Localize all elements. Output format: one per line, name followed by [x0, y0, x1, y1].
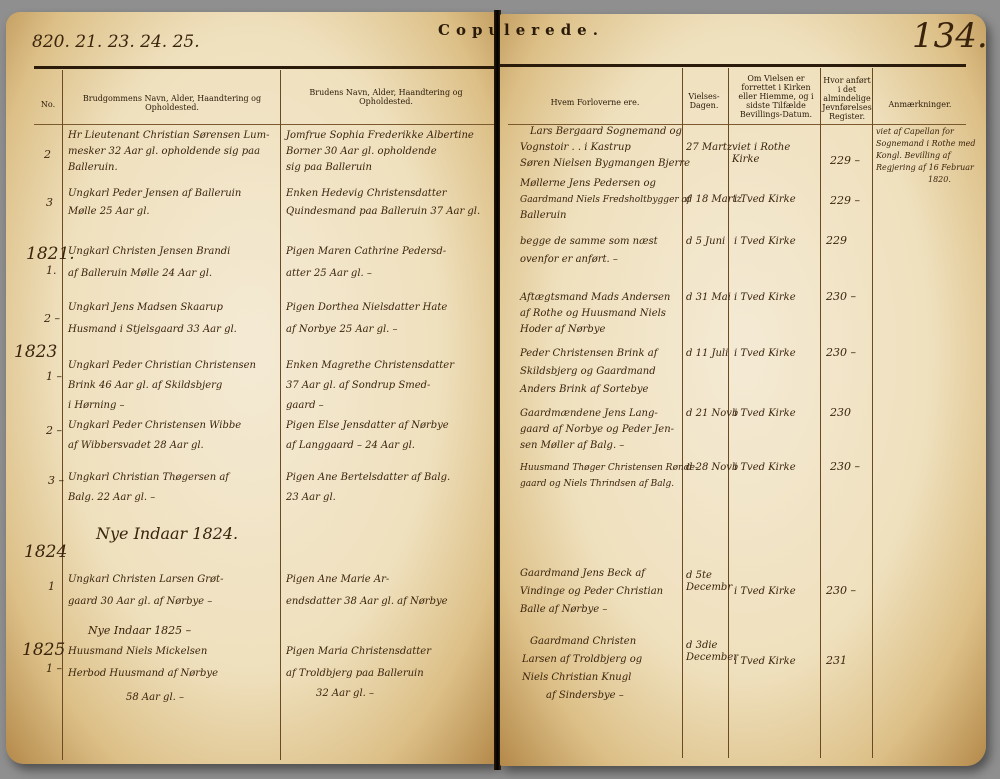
- witness-line: Skildsbjerg og Gaardmand: [520, 366, 656, 378]
- register: 230 –: [826, 290, 856, 303]
- church: i Tved Kirke: [734, 236, 796, 248]
- witness-line: Gaardmand Niels Fredsholtbygger af: [520, 194, 690, 206]
- witness-line: Balle af Nørbye –: [520, 604, 607, 616]
- bride-line: Pigen Maria Christensdatter: [286, 646, 431, 658]
- wedding-day: d 28 Novb: [686, 462, 738, 474]
- groom-line: af Wibbersvadet 28 Aar gl.: [68, 440, 204, 452]
- church: i Tved Kirke: [734, 586, 796, 598]
- church: i Tved Kirke: [734, 462, 796, 474]
- groom-line: Ungkarl Peder Jensen af Balleruin: [68, 188, 241, 200]
- col-witnesses: Hvem Forloverne ere.: [510, 98, 680, 107]
- bride-line: Pigen Dorthea Nielsdatter Hate: [286, 302, 447, 314]
- section-heading: Nye Indaar 1824.: [96, 524, 238, 543]
- church: i Tved Kirke: [734, 292, 796, 304]
- col-church-or-home: Om Vielsen er forrettet i Kirken eller H…: [732, 74, 820, 119]
- register: 229 –: [830, 154, 860, 167]
- witness-line: Aftægtsmand Mads Andersen: [520, 292, 670, 304]
- bride-line: gaard –: [286, 400, 324, 412]
- col-divider: [872, 68, 873, 758]
- bride-line: Jomfrue Sophia Frederikke Albertine: [286, 130, 474, 142]
- wedding-day: d 11 Juli: [686, 348, 728, 360]
- witness-line: af Rothe og Huusmand Niels: [520, 308, 666, 320]
- groom-line: 58 Aar gl. –: [126, 692, 184, 704]
- groom-line: i Hørning –: [68, 400, 125, 412]
- entry-no: 2 –: [46, 424, 62, 437]
- col-divider: [682, 68, 683, 758]
- years-header: 820. 21. 23. 24. 25.: [32, 32, 200, 52]
- groom-line: Ungkarl Peder Christian Christensen: [68, 360, 256, 372]
- witness-line: begge de samme som næst: [520, 236, 658, 248]
- groom-line: Ungkarl Peder Christensen Wibbe: [68, 420, 241, 432]
- bride-line: Quindesmand paa Balleruin 37 Aar gl.: [286, 206, 480, 218]
- witness-line: Peder Christensen Brink af: [520, 348, 657, 360]
- bride-line: af Norbye 25 Aar gl. –: [286, 324, 398, 336]
- witness-line: Søren Nielsen Bygmangen Bjerre: [520, 158, 690, 170]
- ledger-spread: 820. 21. 23. 24. 25. Copu No. Brudgommen…: [0, 0, 1000, 779]
- groom-line: Ungkarl Christian Thøgersen af: [68, 472, 229, 484]
- witness-line: gaard af Norbye og Peder Jen-: [520, 424, 674, 436]
- witness-line: Gaardmændene Jens Lang-: [520, 408, 658, 420]
- church: i Tved Kirke: [734, 656, 796, 668]
- groom-line: Ungkarl Christen Larsen Grøt-: [68, 574, 223, 586]
- groom-line: mesker 32 Aar gl. opholdende sig paa: [68, 146, 260, 158]
- groom-line: Ungkarl Christen Jensen Brandi: [68, 246, 230, 258]
- header-bottom-rule: [34, 124, 496, 125]
- bride-line: 37 Aar gl. af Sondrup Smed-: [286, 380, 430, 392]
- church: i Tved Kirke: [734, 194, 796, 206]
- bride-line: 32 Aar gl. –: [316, 688, 374, 700]
- col-remarks: Anmærkninger.: [876, 100, 964, 109]
- entry-no: 2: [44, 148, 51, 161]
- witness-line: Balleruin: [520, 210, 566, 222]
- witness-line: Gaardmand Christen: [530, 636, 636, 648]
- remark-line: Sognemand i Rothe med: [876, 138, 976, 150]
- witness-line: Anders Brink af Sortebye: [520, 384, 648, 396]
- bride-line: sig paa Balleruin: [286, 162, 372, 174]
- year-marker: 1824: [24, 542, 67, 562]
- col-divider: [280, 70, 281, 760]
- groom-line: Huusmand Niels Mickelsen: [68, 646, 207, 658]
- header-bottom-rule: [508, 124, 966, 125]
- entry-no: 3 –: [48, 474, 64, 487]
- register: 230: [830, 406, 851, 419]
- groom-line: Husmand i Stjelsgaard 33 Aar gl.: [68, 324, 237, 336]
- entry-no: 1 –: [46, 370, 62, 383]
- wedding-day: d 3die December: [686, 640, 728, 664]
- bride-line: 23 Aar gl.: [286, 492, 336, 504]
- bride-line: Pigen Ane Marie Ar-: [286, 574, 389, 586]
- groom-line: Brink 46 Aar gl. af Skildsbjerg: [68, 380, 222, 392]
- witness-line: Vognstoir . . i Kastrup: [520, 142, 631, 154]
- register: 230 –: [830, 460, 860, 473]
- col-wedding-day: Vielses-Dagen.: [684, 92, 724, 110]
- entry-no: 3: [46, 196, 53, 209]
- col-divider: [820, 68, 821, 758]
- title-right: lerede.: [504, 26, 604, 35]
- church: i Tved Kirke: [734, 348, 796, 360]
- witness-line: Møllerne Jens Pedersen og: [520, 178, 656, 190]
- entry-no: 1.: [46, 264, 57, 277]
- witness-line: af Sindersbye –: [546, 690, 624, 702]
- church: viet i Rothe Kirke: [732, 142, 812, 166]
- remark-line: Regjering af 16 Februar: [876, 162, 974, 174]
- groom-line: Hr Lieutenant Christian Sørensen Lum-: [68, 130, 269, 142]
- church: i Tved Kirke: [734, 408, 796, 420]
- bride-line: atter 25 Aar gl. –: [286, 268, 372, 280]
- witness-line: Gaardmand Jens Beck af: [520, 568, 645, 580]
- entry-no: 1: [48, 580, 55, 593]
- wedding-day: 27 Martz: [686, 142, 732, 154]
- witness-line: ovenfor er anført. –: [520, 254, 618, 266]
- col-groom: Brudgommens Navn, Alder, Haandtering og …: [68, 94, 276, 112]
- bride-line: af Troldbjerg paa Balleruin: [286, 668, 424, 680]
- col-no: No.: [34, 100, 62, 109]
- witness-line: Lars Bergaard Sognemand og: [530, 126, 682, 138]
- left-page: 820. 21. 23. 24. 25. Copu No. Brudgommen…: [6, 12, 496, 764]
- wedding-day: d 5te Decembr: [686, 570, 728, 594]
- remark-line: Kongl. Bevilling af: [876, 150, 950, 162]
- bride-line: Pigen Maren Cathrine Pedersd-: [286, 246, 446, 258]
- witness-line: Huusmand Thøger Christensen Rønde-: [520, 462, 698, 474]
- bride-line: Pigen Else Jensdatter af Nørbye: [286, 420, 449, 432]
- remark-line: 1820.: [928, 174, 951, 186]
- wedding-day: d 5 Juni: [686, 236, 725, 248]
- witness-line: Larsen af Troldbjerg og: [522, 654, 642, 666]
- witness-line: Niels Christian Knugl: [522, 672, 631, 684]
- groom-line: Ungkarl Jens Madsen Skaarup: [68, 302, 223, 314]
- entry-no: 2 –: [44, 312, 60, 325]
- groom-line: Balg. 22 Aar gl. –: [68, 492, 155, 504]
- register: 230 –: [826, 584, 856, 597]
- groom-line: af Balleruin Mølle 24 Aar gl.: [68, 268, 212, 280]
- register: 229: [826, 234, 847, 247]
- bride-line: endsdatter 38 Aar gl. af Nørbye: [286, 596, 448, 608]
- bride-line: Pigen Ane Bertelsdatter af Balg.: [286, 472, 450, 484]
- year-marker: 1825: [22, 640, 65, 660]
- groom-line: Mølle 25 Aar gl.: [68, 206, 150, 218]
- bride-line: Enken Magrethe Christensdatter: [286, 360, 454, 372]
- remark-line: viet af Capellan for: [876, 126, 954, 138]
- header-rule: [500, 64, 966, 67]
- witness-line: gaard og Niels Thrindsen af Balg.: [520, 478, 674, 490]
- register: 230 –: [826, 346, 856, 359]
- register: 231: [826, 654, 847, 667]
- wedding-day: d 31 Mai: [686, 292, 731, 304]
- bride-line: af Langgaard – 24 Aar gl.: [286, 440, 415, 452]
- groom-line: Balleruin.: [68, 162, 118, 174]
- entry-no: 1 –: [46, 662, 62, 675]
- bride-line: Enken Hedevig Christensdatter: [286, 188, 447, 200]
- witness-line: Vindinge og Peder Christian: [520, 586, 663, 598]
- groom-line: Herbod Huusmand af Nørbye: [68, 668, 218, 680]
- register: 229 –: [830, 194, 860, 207]
- section-heading: Nye Indaar 1825 –: [88, 624, 191, 637]
- col-register: Hvor anført i det almindelige Jevnførels…: [822, 76, 872, 121]
- witness-line: sen Møller af Balg. –: [520, 440, 624, 452]
- right-page: lerede. 134. Hvem Forloverne ere. Vielse…: [500, 14, 986, 766]
- wedding-day: d 21 Novb: [686, 408, 738, 420]
- groom-line: gaard 30 Aar gl. af Nørbye –: [68, 596, 212, 608]
- header-rule: [34, 66, 496, 69]
- bride-line: Borner 30 Aar gl. opholdende: [286, 146, 437, 158]
- col-bride: Brudens Navn, Alder, Haandtering og Opho…: [286, 88, 486, 106]
- page-number: 134.: [912, 16, 988, 56]
- witness-line: Hoder af Nørbye: [520, 324, 605, 336]
- year-marker: 1823: [14, 342, 57, 362]
